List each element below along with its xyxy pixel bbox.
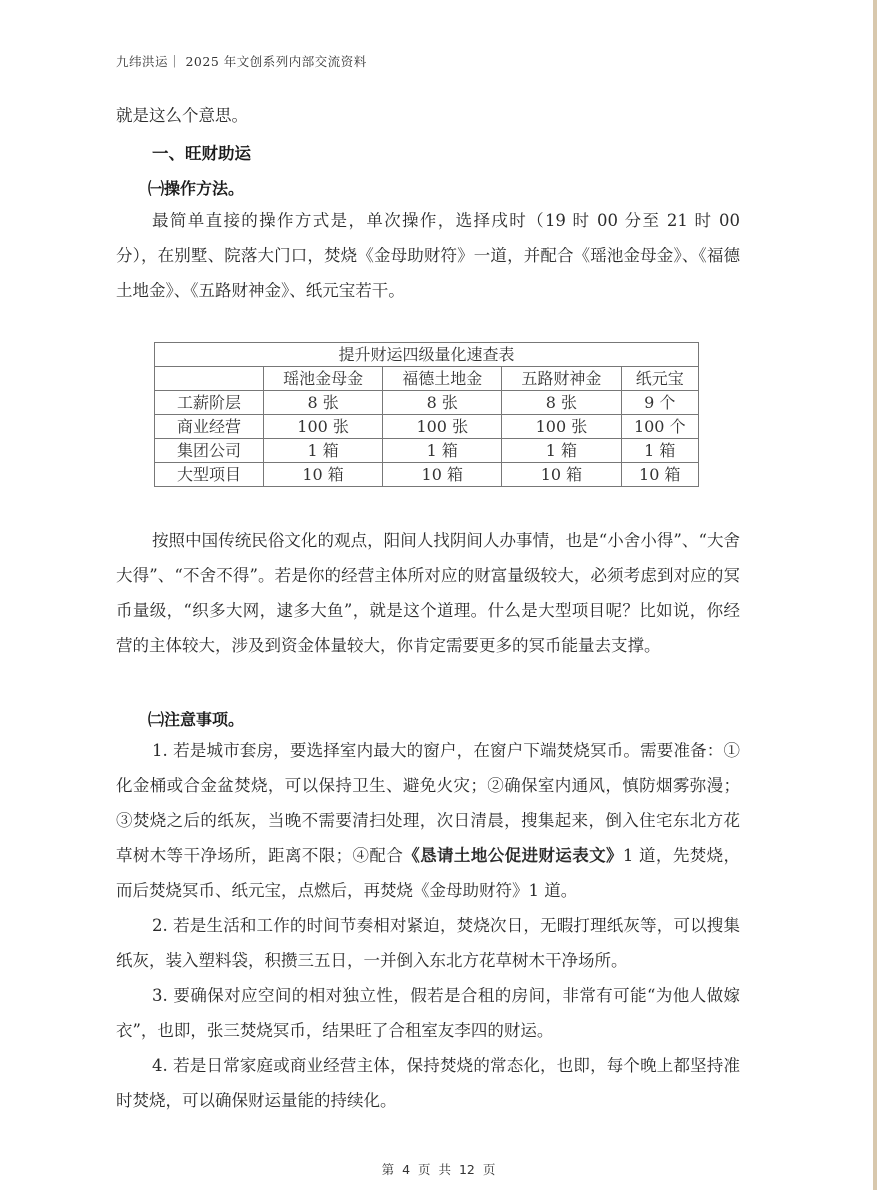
table-cell: 10 箱 (502, 463, 621, 487)
section-heading: 一、旺财助运 (152, 140, 251, 164)
row-label: 集团公司 (155, 439, 264, 463)
table-header-row: 瑶池金母金 福德土地金 五路财神金 纸元宝 (155, 367, 699, 391)
note-item-4: 4. 若是日常家庭或商业经营主体，保持焚烧的常态化，也即，每个晚上都坚持准时焚烧… (116, 1048, 740, 1118)
row-label: 大型项目 (155, 463, 264, 487)
method-paragraph: 最简单直接的操作方式是，单次操作，选择戌时（19 时 00 分至 21 时 00… (116, 203, 740, 308)
note-item-1: 1. 若是城市套房，要选择室内最大的窗户，在窗户下端焚烧冥币。需要准备：①化金桶… (116, 733, 740, 908)
table-header-cell: 瑶池金母金 (264, 367, 383, 391)
table-cell: 100 张 (502, 415, 621, 439)
table-header-cell: 福德土地金 (383, 367, 502, 391)
table-header-cell: 纸元宝 (621, 367, 698, 391)
table-cell: 1 箱 (621, 439, 698, 463)
table-cell: 100 张 (264, 415, 383, 439)
table-cell: 100 张 (383, 415, 502, 439)
table-cell: 8 张 (264, 391, 383, 415)
intro-text: 就是这么个意思。 (116, 98, 740, 133)
table-cell: 10 箱 (383, 463, 502, 487)
subsection-heading-method: ㈠操作方法。 (148, 176, 244, 199)
note-item-2: 2. 若是生活和工作的时间节奏相对紧迫，焚烧次日，无暇打理纸灰等，可以搜集纸灰，… (116, 908, 740, 978)
page-number-footer: 第 4 页 共 12 页 (0, 1160, 877, 1178)
row-label: 商业经营 (155, 415, 264, 439)
table-row: 大型项目 10 箱 10 箱 10 箱 10 箱 (155, 463, 699, 487)
petition-document-title: 《恳请土地公促进财运表文》 (403, 846, 623, 865)
table-cell: 1 箱 (502, 439, 621, 463)
table-header-cell: 五路财神金 (502, 367, 621, 391)
page-edge (873, 0, 877, 1190)
table-cell: 1 箱 (383, 439, 502, 463)
table-title: 提升财运四级量化速查表 (155, 343, 699, 367)
table-cell: 10 箱 (621, 463, 698, 487)
table-cell: 8 张 (502, 391, 621, 415)
table-cell: 8 张 (383, 391, 502, 415)
explanation-paragraph: 按照中国传统民俗文化的观点，阳间人找阴间人办事情，也是“小舍小得”、“大舍大得”… (116, 523, 740, 663)
row-label: 工薪阶层 (155, 391, 264, 415)
quantification-table: 提升财运四级量化速查表 瑶池金母金 福德土地金 五路财神金 纸元宝 工薪阶层 8… (154, 342, 699, 487)
table-cell: 9 个 (621, 391, 698, 415)
running-header: 九纬洪运｜ 2025 年文创系列内部交流资料 (116, 52, 367, 70)
note-item-3: 3. 要确保对应空间的相对独立性，假若是合租的房间，非常有可能“为他人做嫁衣”，… (116, 978, 740, 1048)
table-row: 集团公司 1 箱 1 箱 1 箱 1 箱 (155, 439, 699, 463)
table-row: 工薪阶层 8 张 8 张 8 张 9 个 (155, 391, 699, 415)
table-row: 商业经营 100 张 100 张 100 张 100 个 (155, 415, 699, 439)
subsection-heading-notes: ㈡注意事项。 (148, 707, 244, 730)
table-cell: 10 箱 (264, 463, 383, 487)
table-cell: 100 个 (621, 415, 698, 439)
table-header-cell (155, 367, 264, 391)
table-cell: 1 箱 (264, 439, 383, 463)
